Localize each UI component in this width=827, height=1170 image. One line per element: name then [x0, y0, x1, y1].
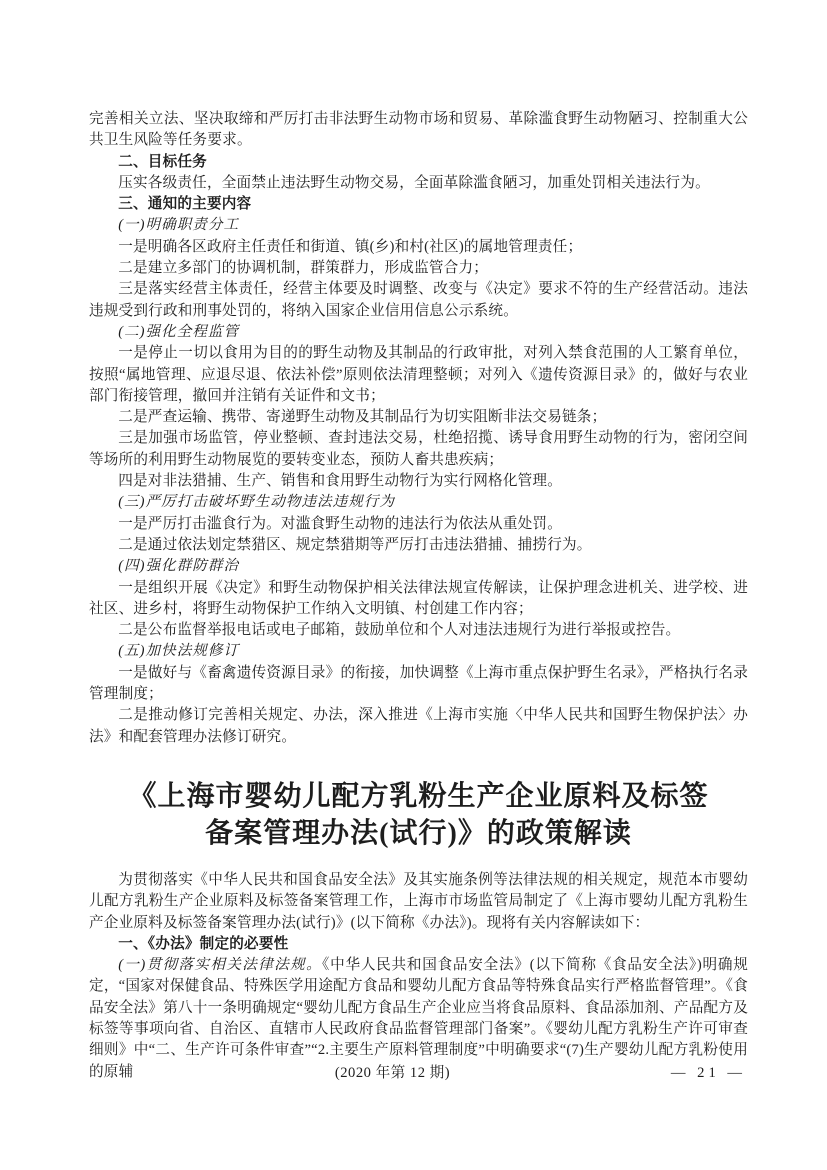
section-heading-bold: 三、通知的主要内容 [89, 194, 748, 215]
section-heading-kai: (一)明确职责分工 [89, 215, 748, 236]
paragraph: 完善相关立法、坚决取缔和严厉打击非法野生动物市场和贸易、革除滥食野生动物陋习、控… [89, 109, 748, 152]
notice-section: 完善相关立法、坚决取缔和严厉打击非法野生动物市场和贸易、革除滥食野生动物陋习、控… [89, 109, 748, 748]
paragraph: 三是落实经营主体责任，经营主体要及时调整、改变与《决定》要求不符的生产经营活动。… [89, 279, 748, 322]
paragraph: 一是组织开展《决定》和野生动物保护相关法律法规宣传解读，让保护理念进机关、进学校… [89, 578, 748, 621]
page-content: 完善相关立法、坚决取缔和严厉打击非法野生动物市场和贸易、革除滥食野生动物陋习、控… [89, 109, 748, 1083]
section-heading-kai: (二)强化全程监管 [89, 322, 748, 343]
paragraph: 二是通过依法划定禁猎区、规定禁猎期等严厉打击违法猎捕、捕捞行为。 [89, 535, 748, 556]
paragraph: 二是推动修订完善相关规定、办法，深入推进《上海市实施〈中华人民共和国野生物保护法… [89, 705, 748, 748]
paragraph: 二是严查运输、携带、寄递野生动物及其制品行为切实阻断非法交易链条； [89, 407, 748, 428]
page-number: — 21 — [671, 1063, 746, 1083]
section-heading-bold: 一、《办法》制定的必要性 [89, 934, 748, 955]
paragraph: 一是停止一切以食用为目的的野生动物及其制品的行政审批，对列入禁食范围的人工繁育单… [89, 343, 748, 407]
paragraph: 为贯彻落实《中华人民共和国食品安全法》及其实施条例等法律法规的相关规定，规范本市… [89, 870, 748, 934]
paragraph: 二是公布监督举报电话或电子邮箱，鼓励单位和个人对违法违规行为进行举报或控告。 [89, 620, 748, 641]
paragraph: 二是建立多部门的协调机制，群策群力，形成监管合力； [89, 258, 748, 279]
article-title-line2: 备案管理办法(试行)》的政策解读 [89, 815, 748, 852]
paragraph: 三是加强市场监管，停业整顿、查封违法交易，杜绝招揽、诱导食用野生动物的行为，密闭… [89, 428, 748, 471]
paragraph: 一是明确各区政府主任责任和街道、镇(乡)和村(社区)的属地管理责任； [89, 237, 748, 258]
paragraph: 一是做好与《畜禽遗传资源目录》的衔接，加快调整《上海市重点保护野生名录》，严格执… [89, 663, 748, 706]
document-page: 完善相关立法、坚决取缔和严厉打击非法野生动物市场和贸易、革除滥食野生动物陋习、控… [0, 0, 827, 1170]
kai-lead: (一)贯彻落实相关法律法规。 [118, 957, 322, 973]
section-heading-kai: (三)严厉打击破坏野生动物违法违规行为 [89, 492, 748, 513]
section-heading-bold: 二、目标任务 [89, 152, 748, 173]
section-heading-kai: (四)强化群防群治 [89, 556, 748, 577]
issue-label: (2020 年第 12 期) [63, 1063, 722, 1083]
article-title-line1: 《上海市婴幼儿配方乳粉生产企业原料及标签 [89, 778, 748, 815]
paragraph: 一是严厉打击滥食行为。对滥食野生动物的违法行为依法从重处罚。 [89, 514, 748, 535]
article-title: 《上海市婴幼儿配方乳粉生产企业原料及标签 备案管理办法(试行)》的政策解读 [89, 778, 748, 852]
article-section: 为贯彻落实《中华人民共和国食品安全法》及其实施条例等法律法规的相关规定，规范本市… [89, 870, 748, 1083]
paragraph: 压实各级责任，全面禁止违法野生动物交易，全面革除滥食陋习，加重处罚相关违法行为。 [89, 173, 748, 194]
paragraph: 四是对非法猎捕、生产、销售和食用野生动物行为实行网格化管理。 [89, 471, 748, 492]
section-heading-kai: (五)加快法规修订 [89, 641, 748, 662]
